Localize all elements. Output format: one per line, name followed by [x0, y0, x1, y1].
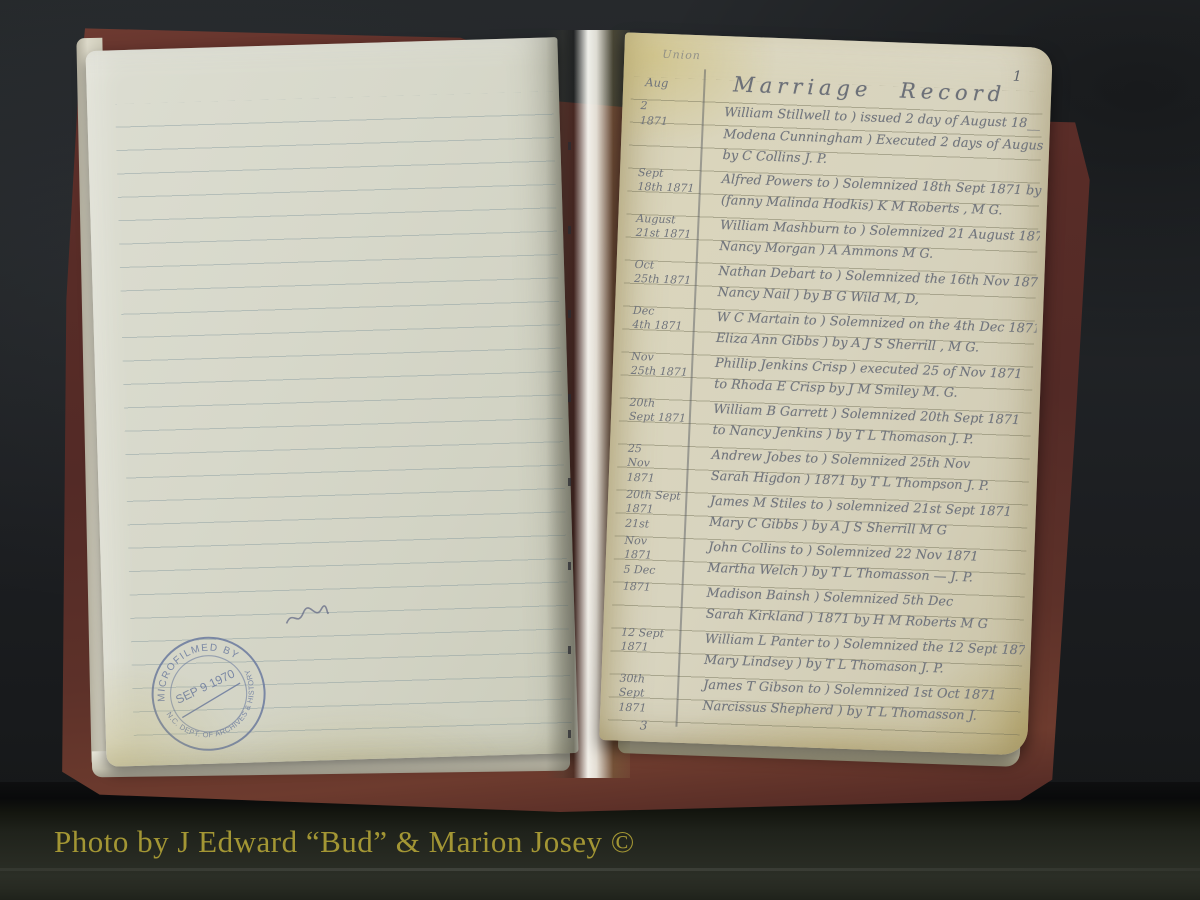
photo-credit: Photo by J Edward “Bud” & Marion Josey © [54, 824, 635, 860]
entry-date-margin: 20th Sept187121st [619, 487, 693, 534]
entry-date-margin: 30thSept1871 [612, 671, 686, 718]
entry-date-margin: 25Nov1871 [621, 441, 695, 488]
entry-date-margin: 12 Sept1871 [614, 625, 688, 672]
entry-date-margin: 20thSept 1871 [622, 395, 696, 442]
binding-stitches [568, 66, 571, 762]
ink-squiggle [284, 604, 331, 631]
entry-date-margin: Oct25th 1871 [627, 257, 701, 304]
right-page: Union 1 Aug Marriage Record 21871William… [599, 32, 1053, 755]
marriage-entry: 21871William Stillwell to ) issued 2 day… [632, 99, 1044, 179]
stamp-date: SEP 9 1970 [173, 666, 237, 706]
entry-date-margin: 1871 [615, 579, 689, 626]
table-edge-highlight [0, 868, 1200, 871]
entry-date-margin: Sept18th 1871 [631, 166, 705, 213]
heading-margin-date: Aug [635, 69, 712, 102]
entries-list: 21871William Stillwell to ) issued 2 day… [612, 99, 1044, 730]
entry-date-margin: Dec4th 1871 [626, 303, 700, 350]
entry-date-margin: Nov18715 Dec [617, 533, 691, 580]
entry-date-margin: Nov25th 1871 [624, 349, 698, 396]
entry-date-margin: August21st 1871 [629, 211, 703, 258]
entry-text: William Stillwell to ) issued 2 day of A… [704, 101, 1044, 178]
marriage-records: Aug Marriage Record 21871William Stillwe… [611, 69, 1045, 750]
county-note: Union [662, 48, 701, 62]
entry-date-margin: 21871 [632, 99, 706, 166]
left-page: MICROFILMED BY N.C. DEPT. OF ARCHIVES & … [85, 37, 578, 767]
